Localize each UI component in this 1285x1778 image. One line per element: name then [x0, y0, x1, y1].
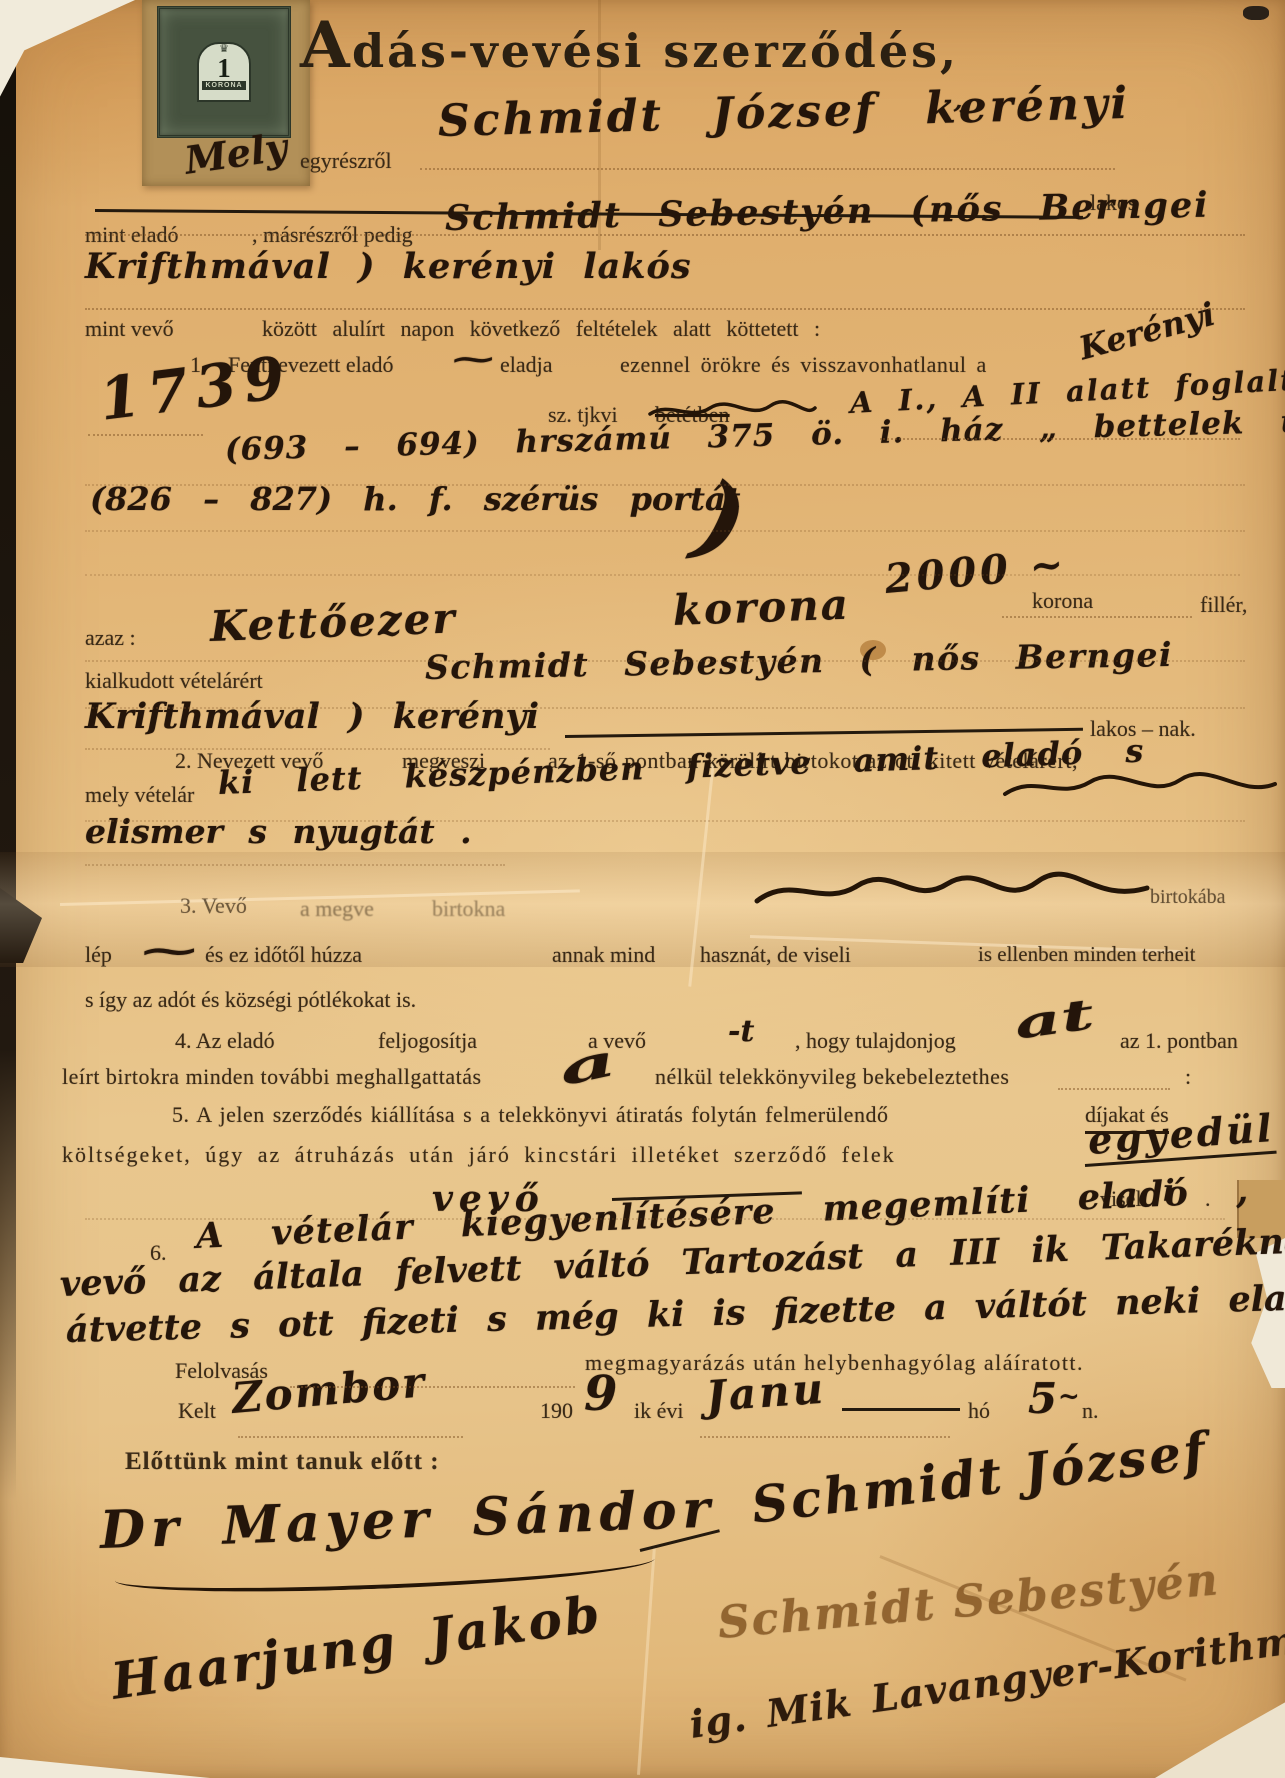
point4-line1e: az 1. pontban	[1120, 1028, 1238, 1054]
label-ik-evi: ik évi	[634, 1398, 684, 1424]
dotted-rule	[1058, 1088, 1170, 1090]
dotted-rule	[85, 707, 1245, 709]
revenue-stamp-panel: ♛ 1 KORONA	[197, 42, 251, 102]
label-kelt: Kelt	[178, 1398, 216, 1424]
label-ho: hó	[968, 1398, 990, 1424]
label-egyreszrol: egyrészről	[300, 148, 392, 174]
revenue-stamp-frame: ♛ 1 KORONA	[157, 6, 291, 138]
dotted-rule	[880, 438, 1240, 440]
dotted-rule	[85, 484, 1245, 486]
field-year-digit: 9	[584, 1366, 617, 1422]
ink-speck-top-right	[1243, 6, 1269, 20]
binding-edge	[0, 0, 16, 1500]
field-buyer-repeat-2: Krifthmával ) kerényi	[85, 696, 539, 737]
point4-line2a: leírt birtokra minden további meghallgat…	[62, 1064, 482, 1090]
point4-line1d: , hogy tulajdonjog	[795, 1028, 956, 1054]
dotted-rule	[85, 530, 1245, 532]
point4-line1a: 4. Az eladó	[175, 1028, 275, 1054]
dotted-rule	[85, 234, 1245, 236]
point3-line2c: annak mind	[552, 942, 655, 968]
point1-text-2: eladja	[500, 352, 553, 378]
point5-line1: 5. A jelen szerződés kiállítása s a tele…	[172, 1102, 888, 1128]
point3-line1a: 3. Vevő	[180, 893, 247, 919]
point3-line2a: lép	[85, 942, 112, 968]
label-nap: n.	[1082, 1398, 1099, 1424]
stamp-currency: KORONA	[202, 81, 245, 90]
pen-dash	[842, 1408, 960, 1411]
field-month: Janu	[704, 1364, 827, 1421]
label-year-printed: 190	[540, 1398, 573, 1424]
dotted-rule	[88, 434, 203, 436]
pen-tilde: ~	[136, 930, 202, 972]
point4-line2b: nélkül telekkönyvileg bekebeleztethes	[655, 1064, 1009, 1090]
dotted-rule	[85, 574, 1240, 576]
dotted-rule	[420, 168, 1115, 170]
point2-line2: mely vételár	[85, 782, 194, 808]
point3-line2e: is ellenben minden terheit	[978, 942, 1196, 967]
dotted-rule	[700, 1436, 950, 1438]
pen-tilde: ~	[448, 342, 498, 377]
point3-line1b: a megve	[300, 896, 374, 922]
dotted-rule	[85, 820, 1245, 822]
dotted-rule	[1002, 616, 1192, 618]
point3-line3: s így az adót és községi pótlékokat is.	[85, 987, 416, 1013]
point5-line2: költségeket, úgy az átruházás után járó …	[62, 1142, 896, 1168]
dotted-rule	[85, 660, 1245, 662]
label-azaz: azaz :	[85, 625, 136, 651]
closing-clause: megmagyarázás után helybenhagyólag aláír…	[585, 1350, 1084, 1376]
pen-scribble	[752, 866, 1152, 914]
point1-text-3: ezennel örökre és visszavonhatlanul a	[620, 352, 987, 378]
pen-scribble	[1000, 766, 1280, 806]
scanned-contract-page: ♛ 1 KORONA Mely A dás-vevési szerződés, …	[0, 0, 1285, 1778]
point3-line2d: hasznát, de viseli	[700, 942, 851, 968]
stamp-value: 1	[217, 55, 231, 81]
point3-line2b: és ez időtől húzza	[205, 942, 362, 968]
intro-clause: között alulírt napon következő feltétele…	[262, 316, 820, 342]
dotted-rule	[290, 1386, 575, 1388]
point3-line1c: birtokna	[432, 896, 505, 922]
dotted-rule	[85, 308, 1245, 310]
label-korona: korona	[1032, 588, 1093, 614]
pen-suffix-t: -t	[728, 1014, 754, 1049]
dotted-rule	[85, 748, 550, 750]
dotted-rule	[85, 864, 505, 866]
point4-colon: :	[1185, 1064, 1191, 1090]
label-mint-vevo: mint vevő	[85, 316, 174, 342]
point4-line1b: feljogosítja	[378, 1028, 477, 1054]
witnesses-label: Előttünk mint tanuk előtt :	[125, 1448, 440, 1476]
pen-mark: ~	[1058, 1382, 1080, 1412]
field-day: 5	[1028, 1374, 1057, 1423]
document-title-initial: A	[300, 8, 350, 83]
dotted-rule	[238, 1436, 463, 1438]
field-buyer-name-2: Krifthmával ) kerényi lakós	[85, 246, 692, 287]
label-kialkudott: kialkudott vételárért	[85, 668, 263, 694]
dotted-rule	[85, 1218, 1225, 1220]
label-filler: fillér,	[1200, 592, 1247, 618]
document-title: dás-vevési szerződés,	[352, 24, 959, 78]
point3-line1d: birtokába	[1150, 886, 1226, 909]
field-receipt-note: elismer s nyugtát .	[85, 812, 472, 851]
